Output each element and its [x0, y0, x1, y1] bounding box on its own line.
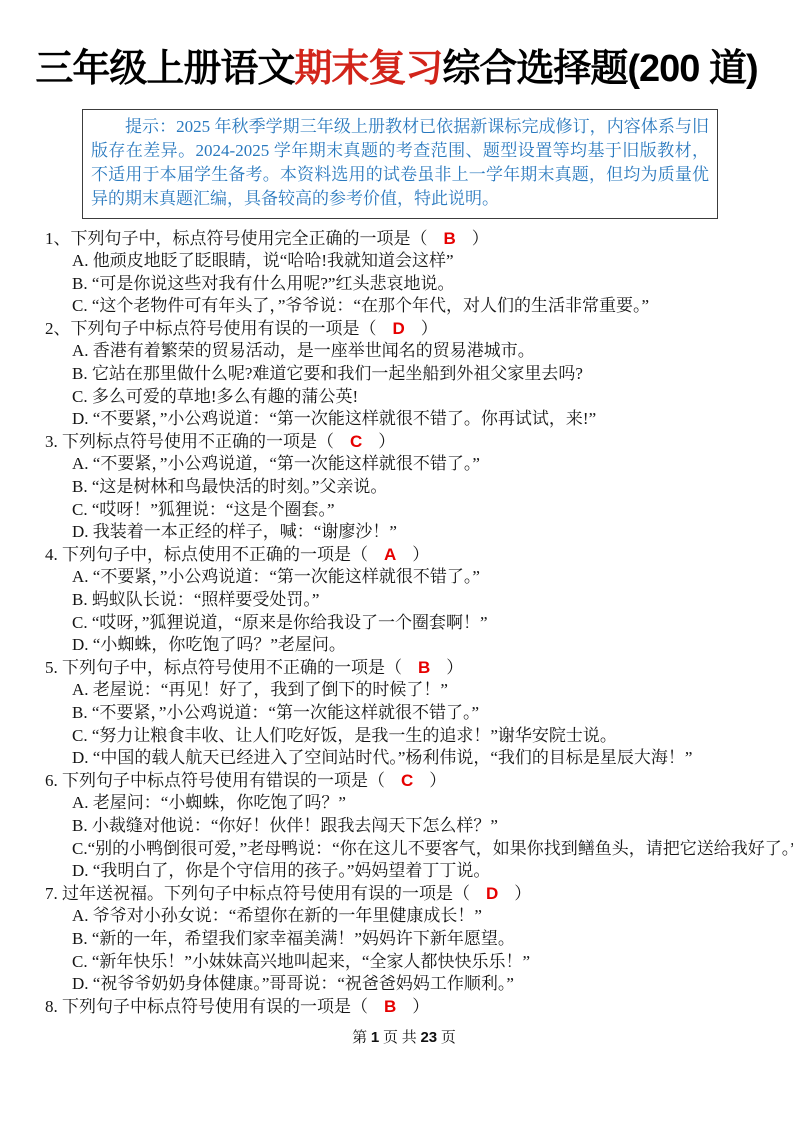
question-item-5: 5. 下列句子中，标点符号使用不正确的一项是（B）A. 老屋说：“再见！好了，我…: [45, 657, 751, 770]
option-line: C. 多么可爱的草地!多么有趣的蒲公英!: [45, 386, 751, 409]
option-line: A. 他顽皮地眨了眨眼睛，说“哈哈!我就知道会这样”: [45, 250, 751, 273]
option-line: B. “可是你说这些对我有什么用呢?”红头悲哀地说。: [45, 273, 751, 296]
option-line: D. “祝爷爷奶奶身体健康。”哥哥说：“祝爸爸妈妈工作顺利。”: [45, 973, 751, 996]
option-line: A. “不要紧，”小公鸡说道，“第一次能这样就很不错了。”: [45, 453, 751, 476]
answer-letter: B: [418, 658, 430, 677]
option-line: A. 老屋问：“小蜘蛛，你吃饱了吗？”: [45, 792, 751, 815]
option-line: B. “新的一年，希望我们家幸福美满！”妈妈许下新年愿望。: [45, 928, 751, 951]
option-line: D. “中国的载人航天已经进入了空间站时代。”杨利伟说，“我们的目标是星辰大海！…: [45, 747, 751, 770]
option-line: D. “不要紧，”小公鸡说道：“第一次能这样就很不错了。你再试试，来!”: [45, 408, 751, 431]
question-stem: 1、下列句子中，标点符号使用完全正确的一项是（B）: [45, 228, 751, 251]
footer-label-prefix: 第: [352, 1030, 371, 1046]
question-stem-close: ）: [421, 319, 438, 338]
question-stem-text: 1、下列句子中，标点符号使用完全正确的一项是（: [45, 229, 428, 248]
option-line: C. “哎呀，”狐狸说道，“原来是你给我设了一个圈套啊！”: [45, 612, 751, 635]
answer-letter: C: [401, 771, 413, 790]
question-item-6: 6. 下列句子中标点符号使用有错误的一项是（C）A. 老屋问：“小蜘蛛，你吃饱了…: [45, 770, 751, 883]
option-line: B. 它站在那里做什么呢?难道它要和我们一起坐船到外祖父家里去吗?: [45, 363, 751, 386]
footer-label-suffix: 页: [437, 1030, 456, 1046]
question-item-3: 3. 下列标点符号使用不正确的一项是（C）A. “不要紧，”小公鸡说道，“第一次…: [45, 431, 751, 544]
question-stem-text: 5. 下列句子中，标点符号使用不正确的一项是（: [45, 658, 402, 677]
option-line: C. “努力让粮食丰收、让人们吃好饭，是我一生的追求！”谢华安院士说。: [45, 725, 751, 748]
option-line: D. “小蜘蛛，你吃饱了吗？”老屋问。: [45, 634, 751, 657]
question-stem-close: ）: [412, 545, 429, 564]
answer-letter: D: [393, 319, 405, 338]
option-line: A. 香港有着繁荣的贸易活动，是一座举世闻名的贸易港城市。: [45, 340, 751, 363]
question-stem-close: ）: [446, 658, 463, 677]
option-line: B. 小裁缝对他说：“你好！伙伴！跟我去闯天下怎么样？”: [45, 815, 751, 838]
question-stem-text: 4. 下列句子中，标点使用不正确的一项是（: [45, 545, 368, 564]
option-line: A. “不要紧，”小公鸡说道：“第一次能这样就很不错了。”: [45, 566, 751, 589]
footer-page-number: 1: [371, 1029, 379, 1046]
answer-letter: C: [350, 432, 362, 451]
question-stem: 5. 下列句子中，标点符号使用不正确的一项是（B）: [45, 657, 751, 680]
option-line: C. “哎呀！”狐狸说：“这是个圈套。”: [45, 499, 751, 522]
answer-letter: B: [444, 229, 456, 248]
option-line: B. “这是树林和鸟最快活的时刻。”父亲说。: [45, 476, 751, 499]
page-footer: 第 1 页 共 23 页: [0, 1009, 793, 1064]
title-text-highlight: 期末复习: [294, 48, 442, 90]
footer-label-mid: 页 共: [379, 1030, 420, 1046]
option-line: B. “不要紧，”小公鸡说道：“第一次能这样就很不错了。”: [45, 702, 751, 725]
option-line: D. “我明白了，你是个守信用的孩子。”妈妈望着丁丁说。: [45, 860, 751, 883]
page-title: 三年级上册语文期末复习综合选择题(200 道): [0, 0, 793, 94]
question-stem-text: 3. 下列标点符号使用不正确的一项是（: [45, 432, 334, 451]
option-line: A. 老屋说：“再见！好了，我到了倒下的时候了！”: [45, 679, 751, 702]
questions-list: 1、下列句子中，标点符号使用完全正确的一项是（B）A. 他顽皮地眨了眨眼睛，说“…: [45, 228, 751, 1019]
question-stem-close: ）: [378, 432, 395, 451]
notice-text: 提示：2025 年秋季学期三年级上册教材已依据新课标完成修订，内容体系与旧版存在…: [91, 115, 709, 211]
question-item-2: 2、下列句子中标点符号使用有误的一项是（D）A. 香港有着繁荣的贸易活动，是一座…: [45, 318, 751, 431]
option-line: D. 我装着一本正经的样子，喊：“谢廖沙！”: [45, 521, 751, 544]
title-text-suffix: 综合选择题(200 道): [442, 48, 757, 90]
option-line: A. 爷爷对小孙女说：“希望你在新的一年里健康成长！”: [45, 905, 751, 928]
question-stem-text: 7. 过年送祝福。下列句子中标点符号使用有误的一项是（: [45, 884, 470, 903]
notice-box: 提示：2025 年秋季学期三年级上册教材已依据新课标完成修订，内容体系与旧版存在…: [82, 109, 718, 219]
question-stem-close: ）: [472, 229, 489, 248]
question-item-7: 7. 过年送祝福。下列句子中标点符号使用有误的一项是（D）A. 爷爷对小孙女说：…: [45, 883, 751, 996]
question-stem-text: 6. 下列句子中标点符号使用有错误的一项是（: [45, 771, 385, 790]
question-item-4: 4. 下列句子中，标点使用不正确的一项是（A）A. “不要紧，”小公鸡说道：“第…: [45, 544, 751, 657]
question-stem: 4. 下列句子中，标点使用不正确的一项是（A）: [45, 544, 751, 567]
footer-total-pages: 23: [420, 1029, 437, 1046]
question-stem-text: 2、下列句子中标点符号使用有误的一项是（: [45, 319, 377, 338]
option-line: C. “这个老物件可有年头了，”爷爷说：“在那个年代，对人们的生活非常重要。”: [45, 295, 751, 318]
answer-letter: A: [384, 545, 396, 564]
question-stem: 2、下列句子中标点符号使用有误的一项是（D）: [45, 318, 751, 341]
question-stem: 3. 下列标点符号使用不正确的一项是（C）: [45, 431, 751, 454]
question-stem-close: ）: [429, 771, 446, 790]
question-item-1: 1、下列句子中，标点符号使用完全正确的一项是（B）A. 他顽皮地眨了眨眼睛，说“…: [45, 228, 751, 318]
document-page: 三年级上册语文期末复习综合选择题(200 道) 提示：2025 年秋季学期三年级…: [0, 0, 793, 1122]
title-text-prefix: 三年级上册语文: [35, 48, 294, 90]
question-stem: 6. 下列句子中标点符号使用有错误的一项是（C）: [45, 770, 751, 793]
option-line: C.“别的小鸭倒很可爱，”老母鸭说：“你在这儿不要客气，如果你找到鳝鱼头，请把它…: [45, 838, 751, 861]
question-stem-close: ）: [514, 884, 531, 903]
option-line: C. “新年快乐！”小妹妹高兴地叫起来，“全家人都快快乐乐！”: [45, 951, 751, 974]
answer-letter: D: [486, 884, 498, 903]
question-stem: 7. 过年送祝福。下列句子中标点符号使用有误的一项是（D）: [45, 883, 751, 906]
option-line: B. 蚂蚁队长说：“照样要受处罚。”: [45, 589, 751, 612]
